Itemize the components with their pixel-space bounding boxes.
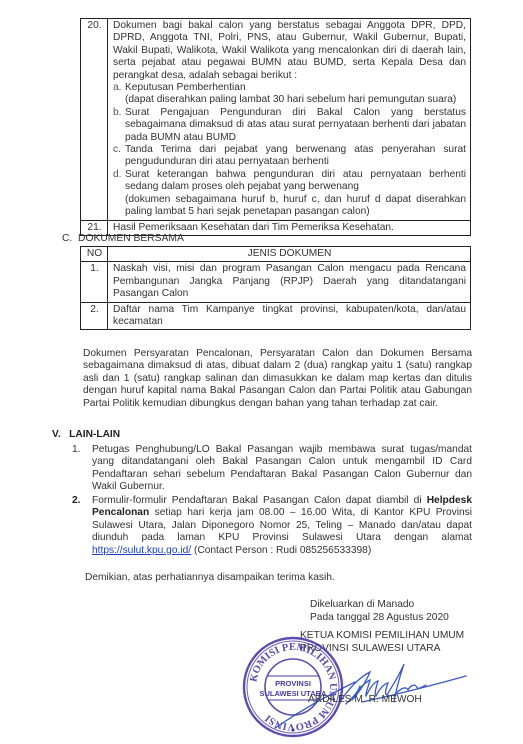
section-c-heading: C. DOKUMEN BERSAMA: [62, 233, 184, 245]
sub-item-c: c. Tanda Terima dari pejabat yang berwen…: [113, 144, 466, 169]
row-number: 20.: [81, 19, 108, 221]
table-row: 1. Naskah visi, misi dan program Pasanga…: [81, 262, 471, 302]
row-content: Dokumen bagi bakal calon yang berstatus …: [108, 19, 471, 221]
header-jenis-dokumen: JENIS DOKUMEN: [108, 247, 471, 262]
sub-item-a: a. Keputusan Pemberhentian (dapat disera…: [113, 82, 466, 107]
issued-place: Dikeluarkan di Manado: [310, 599, 414, 611]
table-row: 20. Dokumen bagi bakal calon yang bersta…: [81, 19, 471, 221]
documents-note-paragraph: Dokumen Persyaratan Pencalonan, Persyara…: [83, 348, 472, 410]
issued-date: Pada tanggal 28 Agustus 2020: [310, 612, 449, 624]
sub-item-b: b. Surat Pengajuan Pengunduran diri Baka…: [113, 107, 466, 144]
joint-documents-table: NO JENIS DOKUMEN 1. Naskah visi, misi da…: [80, 246, 471, 330]
section-v-heading: V. LAIN-LAIN: [52, 429, 120, 441]
closing-sentence: Demikian, atas perhatiannya disampaikan …: [85, 572, 335, 584]
header-no: NO: [81, 247, 108, 262]
contact-person: (Contact Person : Rudi 085256533398): [191, 545, 371, 556]
signatory-name: ARDILES M. R. MEWOH: [308, 694, 422, 706]
table-row: 2. Daftar nama Tim Kampanye tingkat prov…: [81, 302, 471, 330]
row-intro: Dokumen bagi bakal calon yang berstatus …: [113, 20, 466, 82]
lain-lain-item-2: 2. Formulir-formulir Pendaftaran Bakal P…: [72, 495, 472, 557]
table-header-row: NO JENIS DOKUMEN: [81, 247, 471, 262]
lain-lain-item-1: 1. Petugas Penghubung/LO Bakal Pasangan …: [72, 444, 472, 494]
requirements-table-continued: 20. Dokumen bagi bakal calon yang bersta…: [80, 18, 471, 236]
sub-item-d: d. Surat keterangan bahwa pengunduran di…: [113, 169, 466, 219]
kpu-website-link[interactable]: https://sulut.kpu.go.id/: [92, 545, 191, 556]
